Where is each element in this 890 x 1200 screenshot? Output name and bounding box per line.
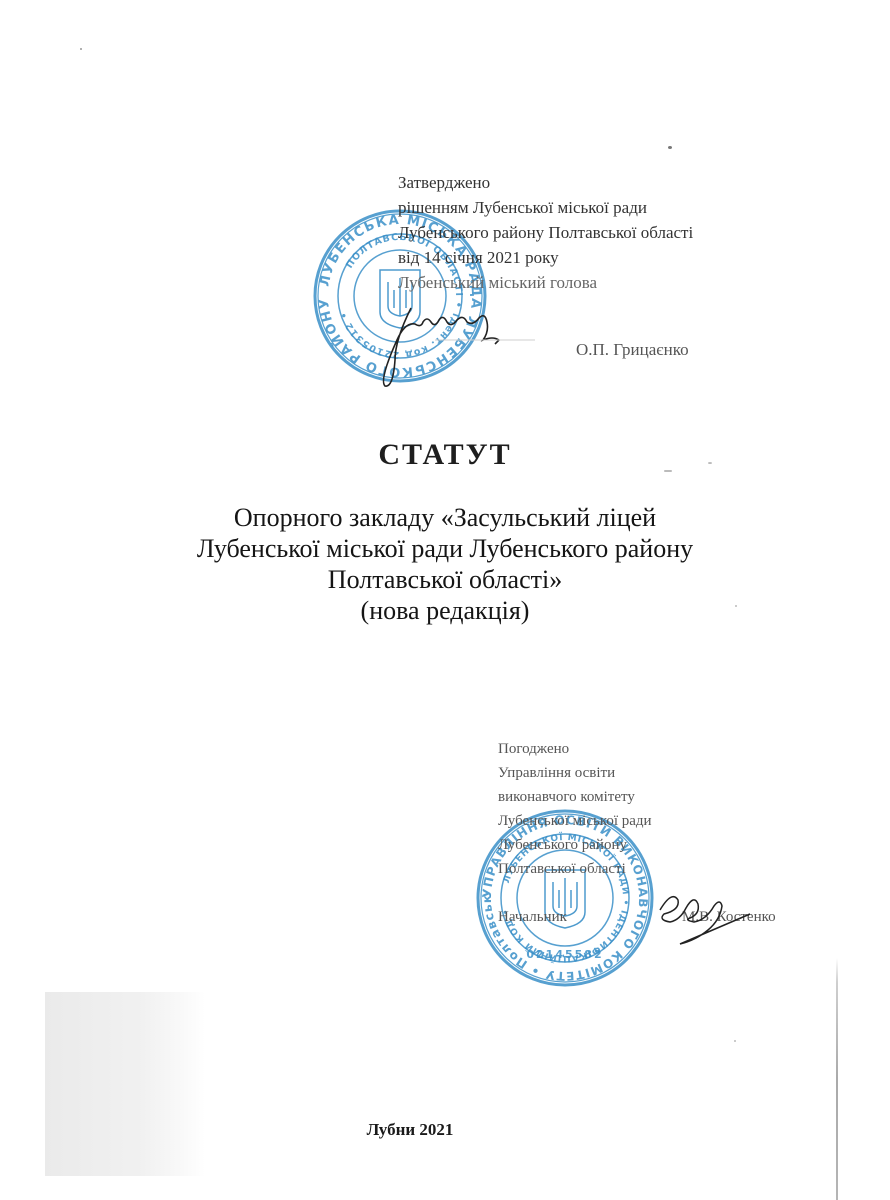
page-edge-line	[836, 958, 838, 1200]
agreement-line: Управління освіти	[498, 761, 652, 785]
document-title: СТАТУТ	[0, 438, 890, 472]
head-signature	[650, 880, 760, 950]
agreement-line: Погоджено	[498, 737, 652, 761]
subtitle-line: Полтавської області»	[0, 564, 890, 595]
agreement-line: Лубенської міської ради	[498, 809, 652, 833]
approval-line: Лубенський міський голова	[398, 270, 693, 295]
agreement-role: Начальник	[498, 905, 567, 929]
scan-speck	[734, 1040, 736, 1042]
approval-line: рішенням Лубенської міської ради	[398, 195, 693, 220]
document-subtitle: Опорного закладу «Засульський ліцей Лубе…	[0, 502, 890, 595]
agreement-line: Лубенського району	[498, 833, 652, 857]
approval-block: Затверджено рішенням Лубенської міської …	[398, 170, 693, 295]
approval-signatory: О.П. Грицаєнко	[576, 337, 689, 362]
approval-line: Затверджено	[398, 170, 693, 195]
svg-text:02145582: 02145582	[526, 948, 603, 961]
place-and-year: Лубни 2021	[0, 1120, 820, 1140]
document-page: Затверджено рішенням Лубенської міської …	[0, 0, 890, 1200]
document-edition: (нова редакція)	[0, 596, 890, 626]
approval-line: Лубенського району Полтавської області	[398, 220, 693, 245]
scan-speck	[668, 146, 672, 149]
subtitle-line: Лубенської міської ради Лубенського райо…	[0, 533, 890, 564]
agreement-block: Погоджено Управління освіти виконавчого …	[498, 737, 652, 881]
bleed-through-shadow	[45, 992, 205, 1176]
mayor-signature	[375, 300, 535, 390]
agreement-line: виконавчого комітету	[498, 785, 652, 809]
subtitle-line: Опорного закладу «Засульський ліцей	[0, 502, 890, 533]
scan-speck	[80, 48, 82, 50]
agreement-line: Полтавської області	[498, 857, 652, 881]
approval-line: від 14 січня 2021 року	[398, 245, 693, 270]
